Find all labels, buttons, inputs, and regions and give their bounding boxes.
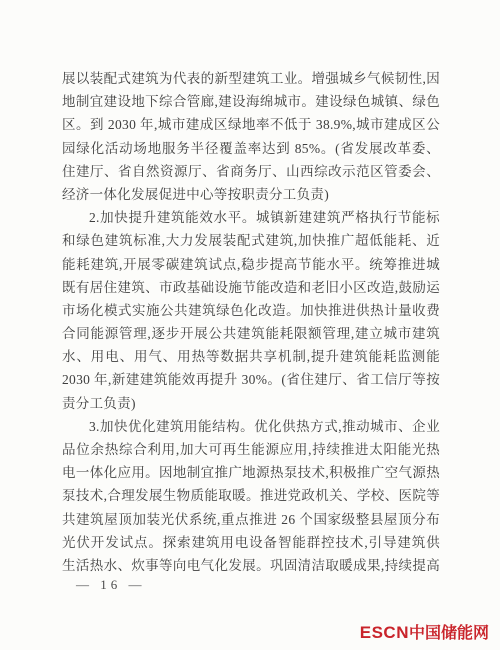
logo-text-en: ESCN	[360, 623, 409, 642]
body-line: 既有居住建筑、市政基础设施节能改造和老旧小区改造,鼓励运用	[62, 276, 440, 299]
body-line: 光伏开发试点。探索建筑用电设备智能群控技术,引导建筑供暖、	[62, 531, 440, 554]
body-line: 经济一体化发展促进中心等按职责分工负责)	[62, 183, 440, 206]
body-line: 区。到 2030 年,城市建成区绿地率不低于 38.9%,城市建成区公	[62, 113, 440, 136]
body-line: 电一体化应用。因地制宜推广地源热泵技术,积极推广空气源热	[62, 461, 440, 484]
body-line: 生活热水、炊事等向电气化发展。巩固清洁取暖成果,持续提高农	[62, 554, 440, 577]
page-number: — 16 —	[76, 577, 146, 593]
body-line: 能耗建筑,开展零碳建筑试点,稳步提高节能水平。统筹推进城镇	[62, 253, 440, 276]
escn-watermark-logo: ESCN中国储能网	[360, 620, 489, 643]
body-line: 和绿色建筑标准,大力发展装配式建筑,加快推广超低能耗、近零	[62, 229, 440, 252]
body-line: 品位余热综合利用,加大可再生能源应用,持续推进太阳能光热光	[62, 438, 440, 461]
body-line: 责分工负责)	[62, 392, 440, 415]
body-line: 泵技术,合理发展生物质能取暖。推进党政机关、学校、医院等公	[62, 484, 440, 507]
body-line: 市场化模式实施公共建筑绿色化改造。加快推进供热计量收费和	[62, 299, 440, 322]
document-page: 展以装配式建筑为代表的新型建筑工业。增强城乡气候韧性,因地制宜建设地下综合管廊,…	[0, 0, 500, 650]
body-line: 展以装配式建筑为代表的新型建筑工业。增强城乡气候韧性,因	[62, 67, 440, 90]
body-line: 住建厅、省自然资源厅、省商务厅、山西综改示范区管委会、省太忻	[62, 160, 440, 183]
document-text-block: 展以装配式建筑为代表的新型建筑工业。增强城乡气候韧性,因地制宜建设地下综合管廊,…	[62, 67, 440, 577]
body-line: 3.加快优化建筑用能结构。优化供热方式,推动城市、企业低	[62, 415, 440, 438]
body-line: 合同能源管理,逐步开展公共建筑能耗限额管理,建立城市建筑用	[62, 322, 440, 345]
body-line: 水、用电、用气、用热等数据共享机制,提升建筑能耗监测能力。到	[62, 345, 440, 368]
body-line: 地制宜建设地下综合管廊,建设海绵城市。建设绿色城镇、绿色社	[62, 90, 440, 113]
body-line: 2.加快提升建筑能效水平。城镇新建建筑严格执行节能标准	[62, 206, 440, 229]
body-line: 园绿化活动场地服务半径覆盖率达到 85%。(省发展改革委、省	[62, 137, 440, 160]
logo-text-zh: 中国储能网	[409, 625, 489, 642]
body-line: 共建筑屋顶加装光伏系统,重点推进 26 个国家级整县屋顶分布式	[62, 508, 440, 531]
body-line: 2030 年,新建建筑能效再提升 30%。(省住建厅、省工信厅等按职	[62, 368, 440, 391]
